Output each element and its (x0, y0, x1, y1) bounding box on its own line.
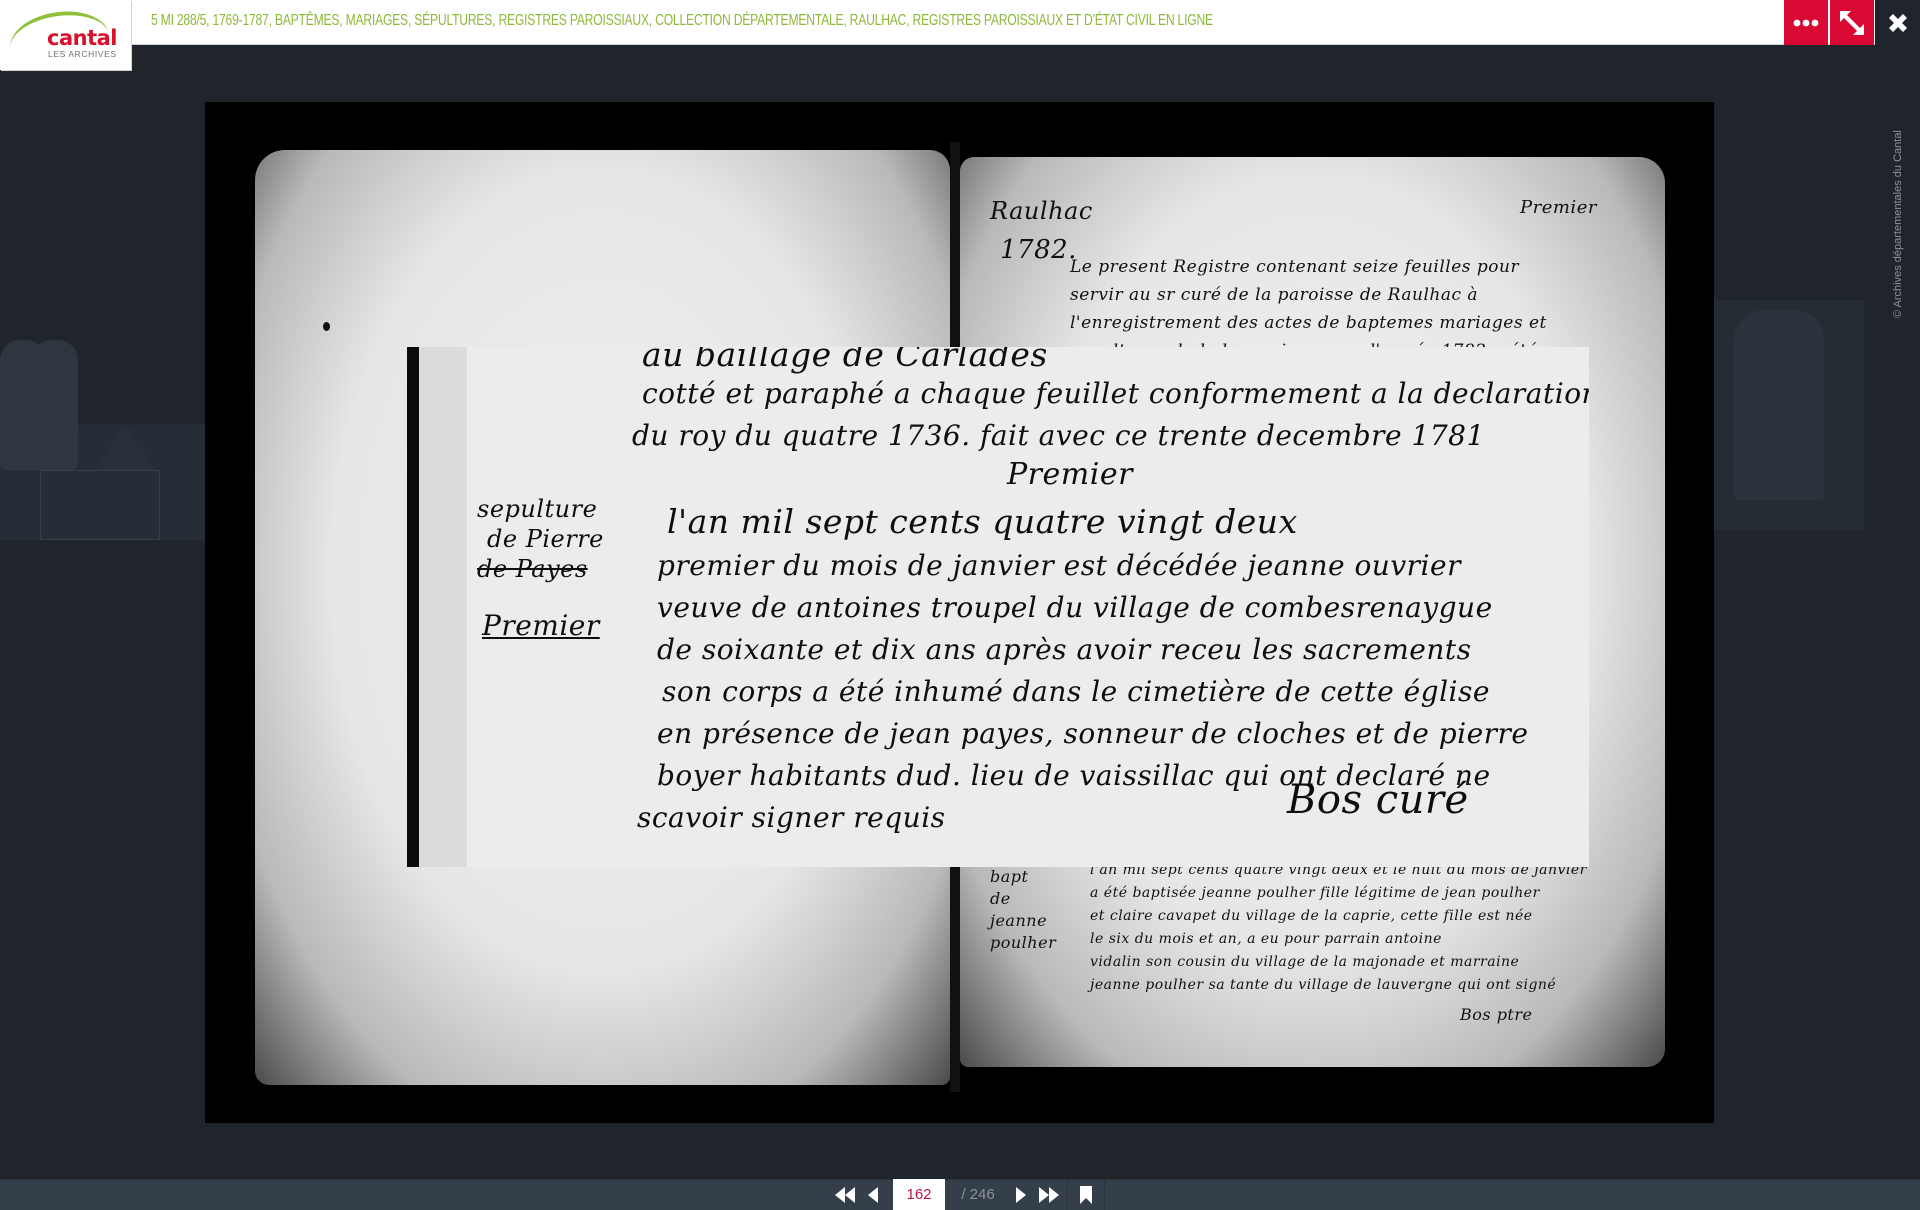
divider (1067, 1179, 1068, 1210)
chevron-right-icon (1014, 1185, 1028, 1205)
background-illustration-left (0, 330, 205, 540)
logo-subtitle: LES ARCHIVES (48, 49, 117, 59)
manuscript-line: veuve de antoines troupel du village de … (657, 591, 1493, 624)
manuscript-line: Raulhac (990, 197, 1093, 225)
manuscript-line: au baillage de Carlades (642, 347, 1048, 374)
logo-brand: cantal (47, 26, 117, 50)
double-chevron-right-icon (1037, 1185, 1061, 1205)
manuscript-line: l'enregistrement des actes de baptemes m… (1070, 313, 1547, 333)
ink-spot (323, 322, 330, 331)
margin-note: jeanne (990, 911, 1047, 930)
close-icon (1886, 11, 1910, 35)
page-number-input[interactable] (893, 1179, 945, 1210)
manuscript-line: et claire cavapet du village de la capri… (1090, 908, 1533, 924)
divider (1104, 1179, 1105, 1210)
king-card-silhouette (1734, 310, 1824, 500)
margin-note: de Payes (477, 555, 588, 583)
manuscript-line: Le present Registre contenant seize feui… (1070, 257, 1519, 277)
pagination-controls: / 246 (831, 1179, 1109, 1210)
header-bar: 5 MI 288/5, 1769-1787, BAPTÊMES, MARIAGE… (0, 0, 1920, 45)
background-illustration-right (1714, 300, 1864, 530)
margin-note: sepulture (477, 495, 597, 523)
manuscript-line: jeanne poulher sa tante du village de la… (1090, 977, 1556, 993)
first-page-button[interactable] (831, 1179, 859, 1210)
expand-diagonal-icon (1838, 9, 1866, 37)
last-page-button[interactable] (1035, 1179, 1063, 1210)
bookmark-icon (1079, 1185, 1093, 1205)
church-outline (40, 470, 160, 540)
next-page-button[interactable] (1007, 1179, 1035, 1210)
chevron-left-icon (866, 1185, 880, 1205)
manuscript-line: Premier (1520, 197, 1597, 218)
manuscript-line: l'an mil sept cents quatre vingt deux (667, 502, 1298, 541)
double-chevron-left-icon (833, 1185, 857, 1205)
signature: Bos curé (1287, 777, 1469, 823)
cantal-logo[interactable]: cantal LES ARCHIVES (0, 0, 131, 70)
manuscript-line: le six du mois et an, a eu pour parrain … (1090, 931, 1442, 947)
document-title: 5 MI 288/5, 1769-1787, BAPTÊMES, MARIAGE… (151, 12, 1213, 30)
magnifier-overlay[interactable]: sepulture de Pierre de Payes Premier au … (407, 347, 1589, 867)
page-total: / 246 (949, 1186, 1007, 1203)
more-options-button[interactable] (1784, 0, 1828, 45)
margin-note: de (990, 889, 1011, 908)
manuscript-line: Bos ptre (1460, 1005, 1532, 1024)
manuscript-line: vidalin son cousin du village de la majo… (1090, 954, 1519, 970)
manuscript-line: en présence de jean payes, sonneur de cl… (657, 717, 1529, 750)
figure-silhouette (32, 340, 78, 470)
manuscript-line: scavoir signer requis (637, 801, 946, 834)
church-roof (95, 425, 155, 470)
fullscreen-button[interactable] (1830, 0, 1874, 45)
ellipsis-icon (1793, 19, 1819, 27)
manuscript-line: son corps a été inhumé dans le cimetière… (662, 675, 1490, 708)
margin-note: poulher (990, 933, 1056, 952)
bookmark-button[interactable] (1072, 1179, 1100, 1210)
manuscript-line: du roy du quatre 1736. fait avec ce tren… (632, 419, 1485, 452)
manuscript-line: 1782. (1000, 235, 1077, 265)
manuscript-line: premier du mois de janvier est décédée j… (657, 549, 1461, 582)
previous-page-button[interactable] (859, 1179, 887, 1210)
close-button[interactable] (1875, 0, 1920, 45)
margin-note: Premier (482, 609, 600, 642)
manuscript-line: de soixante et dix ans après avoir receu… (657, 633, 1471, 666)
copyright-notice: © Archives départementales du Cantal (1892, 130, 1904, 318)
manuscript-line: servir au sr curé de la paroisse de Raul… (1070, 285, 1478, 305)
manuscript-line: a été baptisée jeanne poulher fille légi… (1090, 885, 1540, 901)
manuscript-line: cotté et paraphé a chaque feuillet confo… (642, 377, 1589, 410)
margin-note: de Pierre (487, 525, 604, 553)
margin-note: bapt (990, 867, 1028, 886)
manuscript-line: Premier (1007, 457, 1133, 492)
